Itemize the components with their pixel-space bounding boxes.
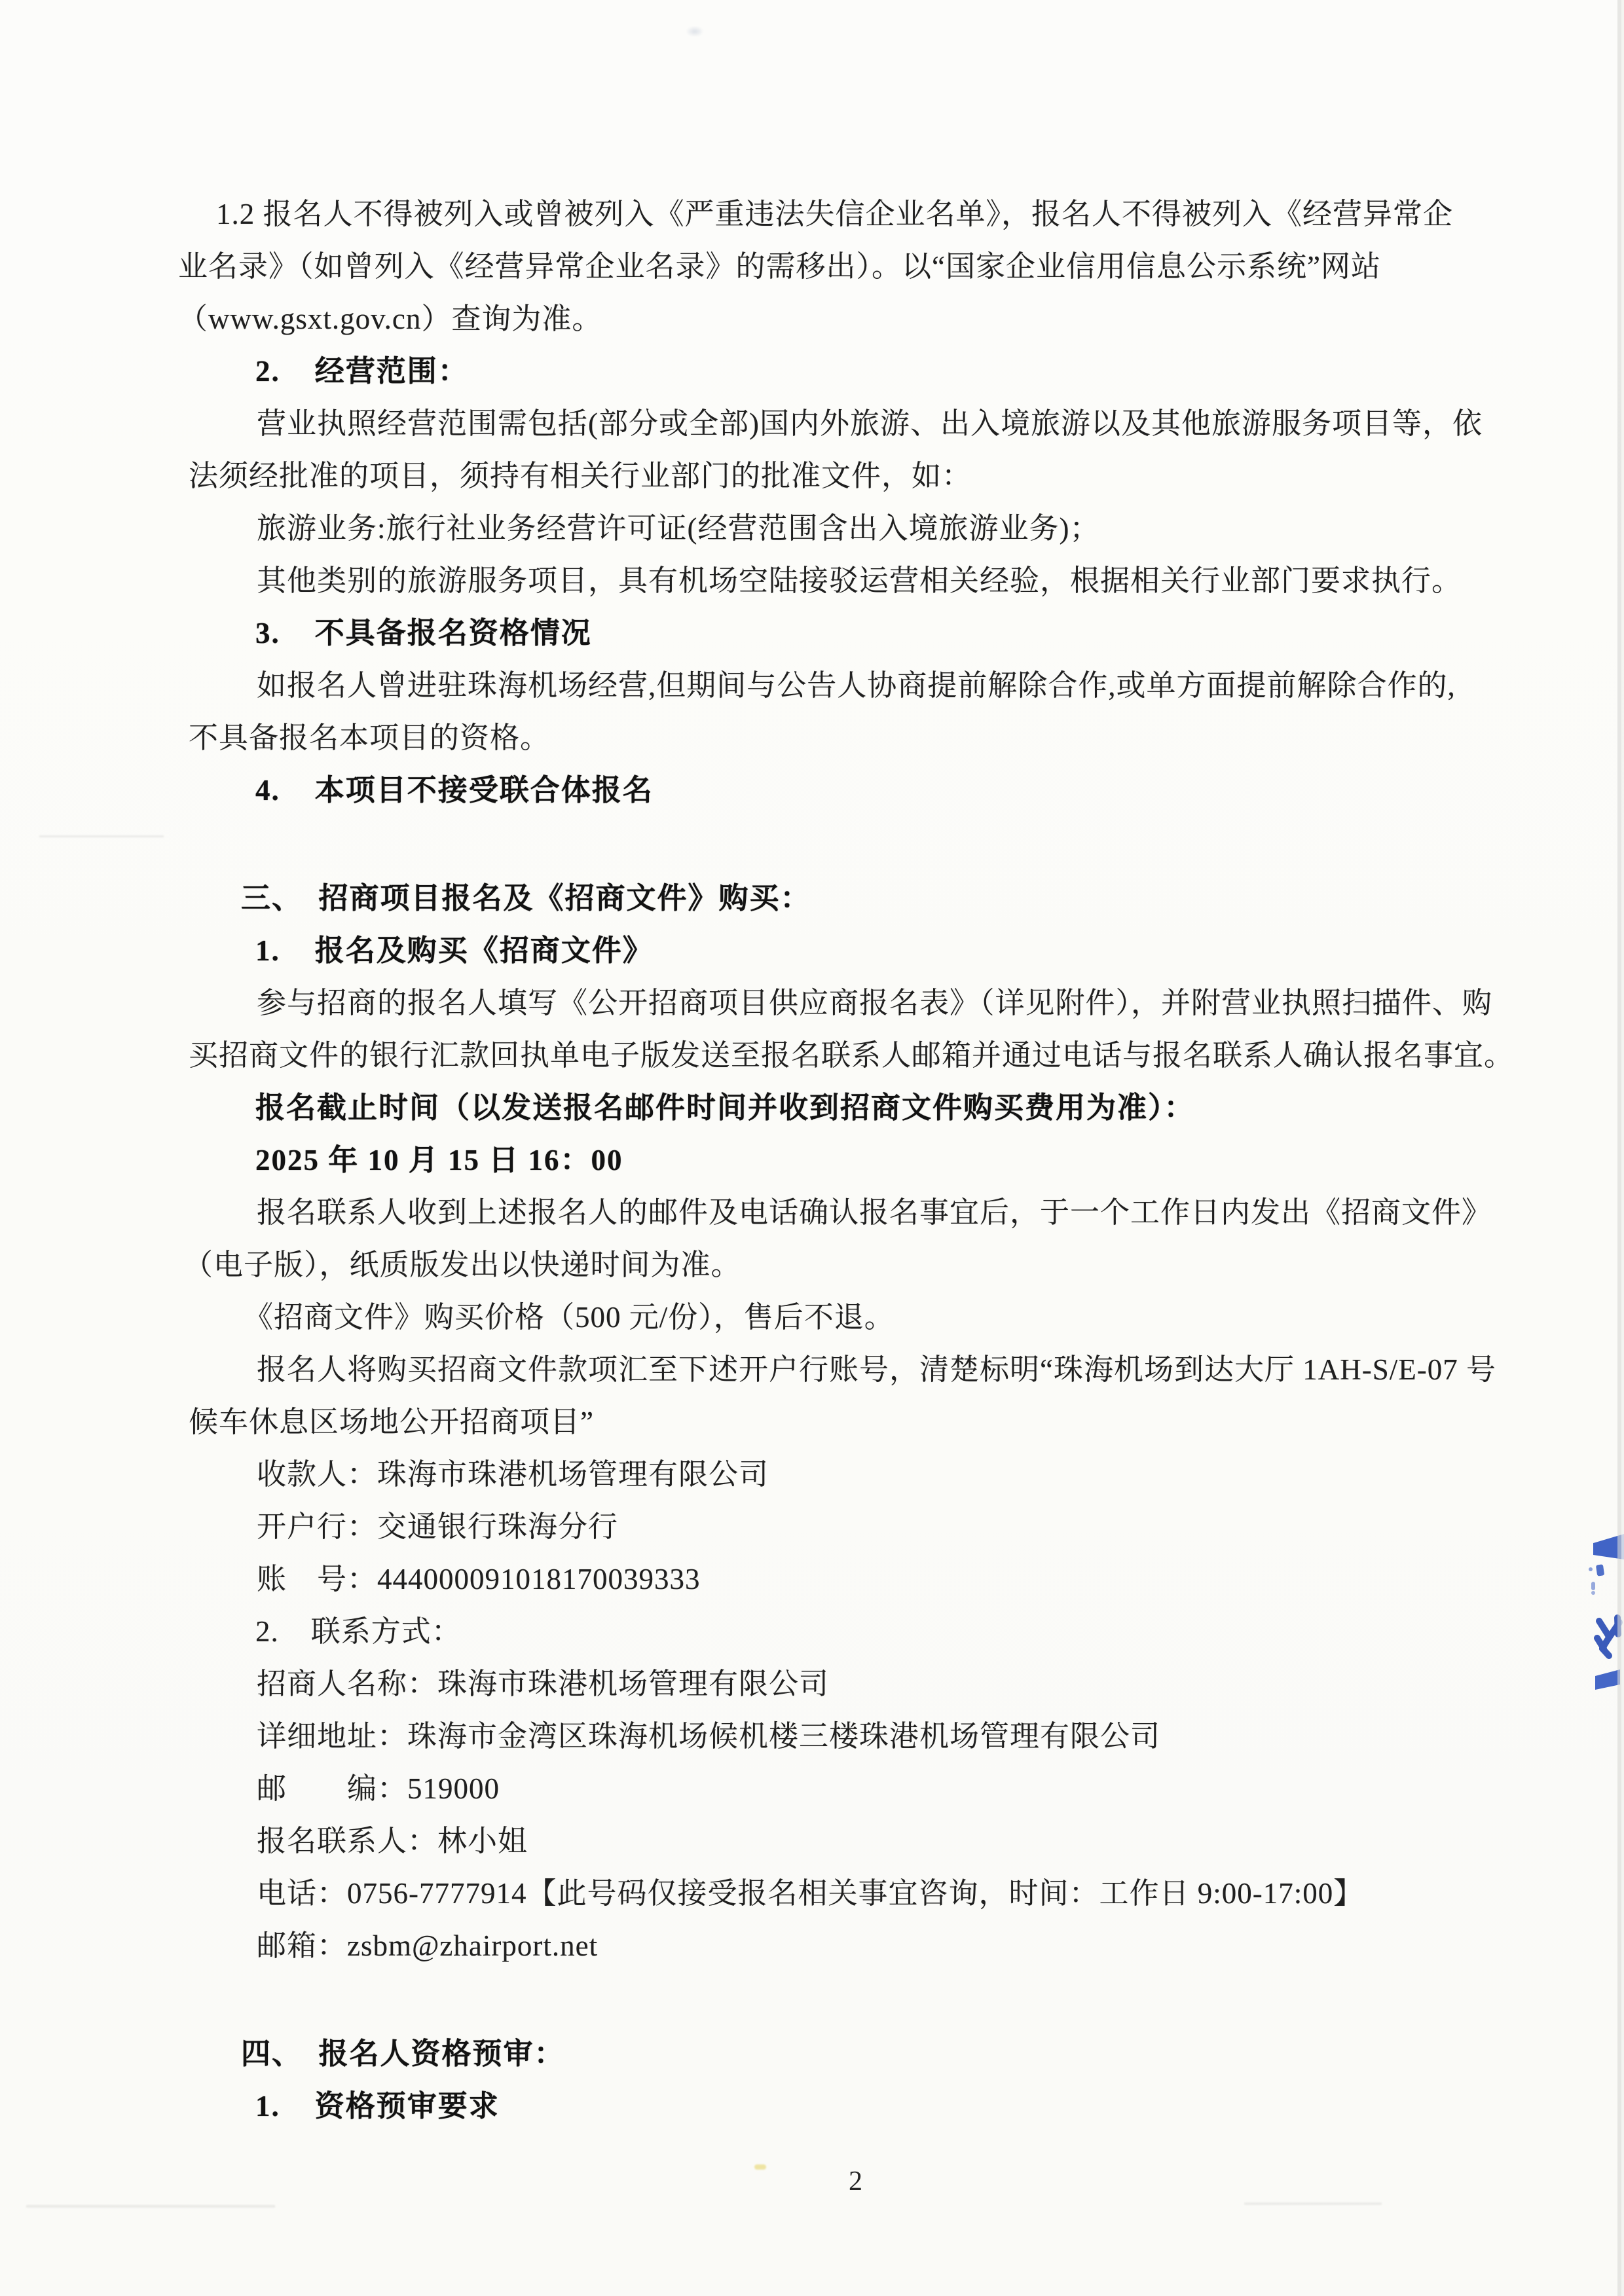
document-line: 法须经批准的项目，须持有相关行业部门的批准文件，如： (189, 458, 972, 494)
document-line: 2. 经营范围： (255, 354, 469, 389)
paper-edge-highlight (1621, 0, 1624, 2296)
document-line: 报名联系人：林小姐 (257, 1823, 528, 1859)
stamp-glyph-strokes (1597, 1618, 1619, 1656)
stamp-bottom-bar (1595, 1669, 1620, 1690)
stamp-dot (1589, 1567, 1593, 1571)
document-line: 2025 年 10 月 15 日 16：00 (255, 1142, 623, 1178)
document-line: 电话：0756-7777914【此号码仅接受报名相关事宜咨询，时间：工作日 9:… (257, 1876, 1363, 1911)
document-line: 账 号：444000091018170039333 (257, 1561, 701, 1597)
document-line: 业名录》（如曾列入《经营异常企业名录》的需移出）。以“国家企业信用信息公示系统”… (178, 249, 1381, 284)
document-line: 3. 不具备报名资格情况 (255, 615, 592, 651)
document-line: 邮箱：zsbm@zhairport.net (257, 1928, 598, 1963)
document-line: 4. 本项目不接受联合体报名 (255, 773, 654, 808)
document-line: 《招商文件》购买价格（500 元/份），售后不退。 (244, 1300, 895, 1335)
document-line: 营业执照经营范围需包括(部分或全部)国内外旅游、出入境旅游以及其他旅游服务项目等… (257, 406, 1483, 441)
stamp-dot-2 (1591, 1591, 1595, 1595)
page-number: 2 (849, 2166, 862, 2197)
document-line: 1.2 报名人不得被列入或曾被列入《严重违法失信企业名单》，报名人不得被列入《经… (216, 196, 1453, 232)
document-line: 开户行：交通银行珠海分行 (257, 1509, 618, 1544)
stamp-small-dash (1596, 1564, 1604, 1576)
scan-artifact (39, 835, 164, 837)
document-line: 1. 资格预审要求 (255, 2088, 500, 2124)
document-line: 其他类别的旅游服务项目，具有机场空陆接驳运营相关经验，根据相关行业部门要求执行。 (257, 563, 1462, 598)
scan-artifact (754, 2164, 766, 2170)
document-line: 不具备报名本项目的资格。 (189, 720, 550, 756)
scan-artifact (686, 26, 703, 37)
document-line: 1. 报名及购买《招商文件》 (255, 933, 654, 968)
document-line: 招商人名称：珠海市珠港机场管理有限公司 (257, 1666, 829, 1702)
document-line: 收款人：珠海市珠港机场管理有限公司 (257, 1457, 769, 1492)
document-line: 四、 报名人资格预审： (241, 2036, 565, 2071)
document-line: 详细地址：珠海市金湾区珠海机场候机楼三楼珠港机场管理有限公司 (257, 1719, 1160, 1754)
document-line: 报名截止时间（以发送报名邮件时间并收到招商文件购买费用为准）： (255, 1090, 1195, 1125)
scan-artifact (1244, 2202, 1382, 2205)
document-line: 买招商文件的银行汇款回执单电子版发送至报名联系人邮箱并通过电话与报名联系人确认报… (189, 1038, 1514, 1073)
document-line: （电子版），纸质版发出以快递时间为准。 (183, 1247, 741, 1283)
document-line: 旅游业务:旅行社业务经营许可证(经营范围含出入境旅游业务)； (257, 511, 1099, 546)
scan-artifact (26, 2205, 275, 2208)
stamp-small-tick (1591, 1582, 1595, 1590)
document-page: 1.2 报名人不得被列入或曾被列入《严重违法失信企业名单》，报名人不得被列入《经… (0, 0, 1624, 2296)
document-line: （www.gsxt.gov.cn）查询为准。 (178, 301, 602, 337)
document-line: 候车休息区场地公开招商项目” (189, 1404, 594, 1440)
document-line: 如报名人曾进驻珠海机场经营,但期间与公告人协商提前解除合作,或单方面提前解除合作… (257, 668, 1456, 703)
document-line: 报名联系人收到上述报名人的邮件及电话确认报名事宜后，于一个工作日内发出《招商文件… (257, 1195, 1492, 1230)
document-line: 三、 招商项目报名及《招商文件》购买： (241, 881, 811, 916)
document-line: 2. 联系方式： (255, 1614, 462, 1649)
document-line: 报名人将购买招商文件款项汇至下述开户行账号，清楚标明“珠海机场到达大厅 1AH-… (257, 1352, 1496, 1387)
blue-ink-stamp (1565, 1525, 1624, 1709)
document-line: 参与招商的报名人填写《公开招商项目供应商报名表》（详见附件），并附营业执照扫描件… (257, 985, 1492, 1021)
document-line: 邮 编：519000 (257, 1771, 500, 1806)
